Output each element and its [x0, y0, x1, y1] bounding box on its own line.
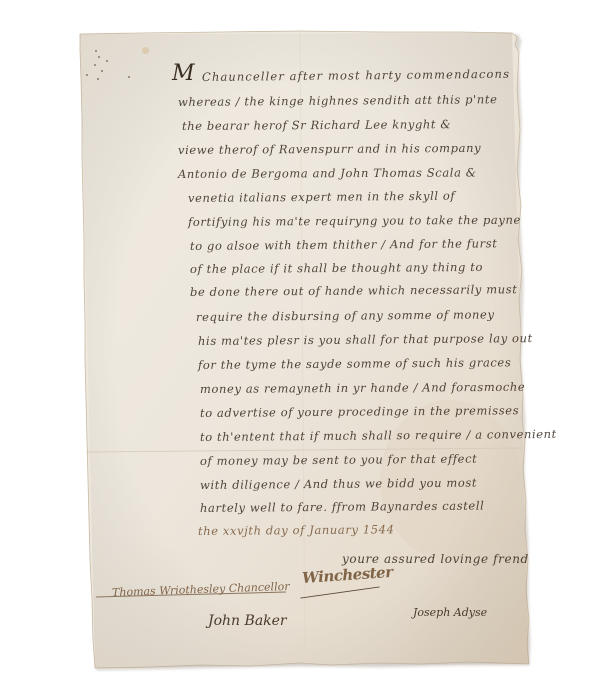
wormhole [95, 50, 97, 52]
letter-line: hartely well to fare. ffrom Baynardes ca… [200, 499, 484, 515]
letter-line: whereas / the kinge highnes sendith att … [178, 92, 498, 109]
letter-line: viewe therof of Ravenspurr and in his co… [178, 141, 481, 157]
letter-line: be done there out of hande which necessa… [190, 282, 518, 299]
letter-line: to go alsoe with them thither / And for … [190, 236, 498, 253]
signature-john-baker: John Baker [208, 613, 287, 629]
letter-line: Antonio de Bergoma and John Thomas Scala… [178, 165, 477, 181]
wormhole [86, 74, 88, 76]
wormhole [128, 76, 130, 78]
letter-line: of money may be sent to you for that eff… [200, 452, 477, 468]
wormhole [98, 56, 100, 58]
photo-stage: M Chaunceller after most harty commendac… [0, 0, 607, 700]
decorated-initial: M [172, 61, 195, 86]
wormhole [101, 70, 103, 72]
letter-line: to advertise of youre procedinge in the … [200, 403, 519, 420]
letter-date-line: the xxvjth day of January 1544 [198, 522, 395, 538]
wormhole [106, 60, 108, 62]
signature-right: Joseph Adyse [413, 606, 487, 619]
letter-line: venetia italians expert men in the skyll… [188, 189, 455, 205]
letter-line: with diligence / And thus we bidd you mo… [200, 476, 477, 492]
letter-line: money as remayneth in yr hande / And for… [200, 380, 525, 396]
letter-line: fortifying his ma'te requiryng you to ta… [188, 213, 521, 229]
letter-line: the bearar herof Sr Richard Lee knyght & [182, 117, 451, 133]
letter-line: of the place if it shall be thought any … [190, 260, 483, 276]
letter-line: require the disbursing of any somme of m… [196, 307, 495, 324]
wormhole [97, 78, 99, 80]
letter-line: for the tyme the sayde somme of such his… [198, 355, 511, 372]
letter-line: his ma'tes plesr is you shall for that p… [198, 331, 533, 348]
wormhole [94, 64, 96, 66]
